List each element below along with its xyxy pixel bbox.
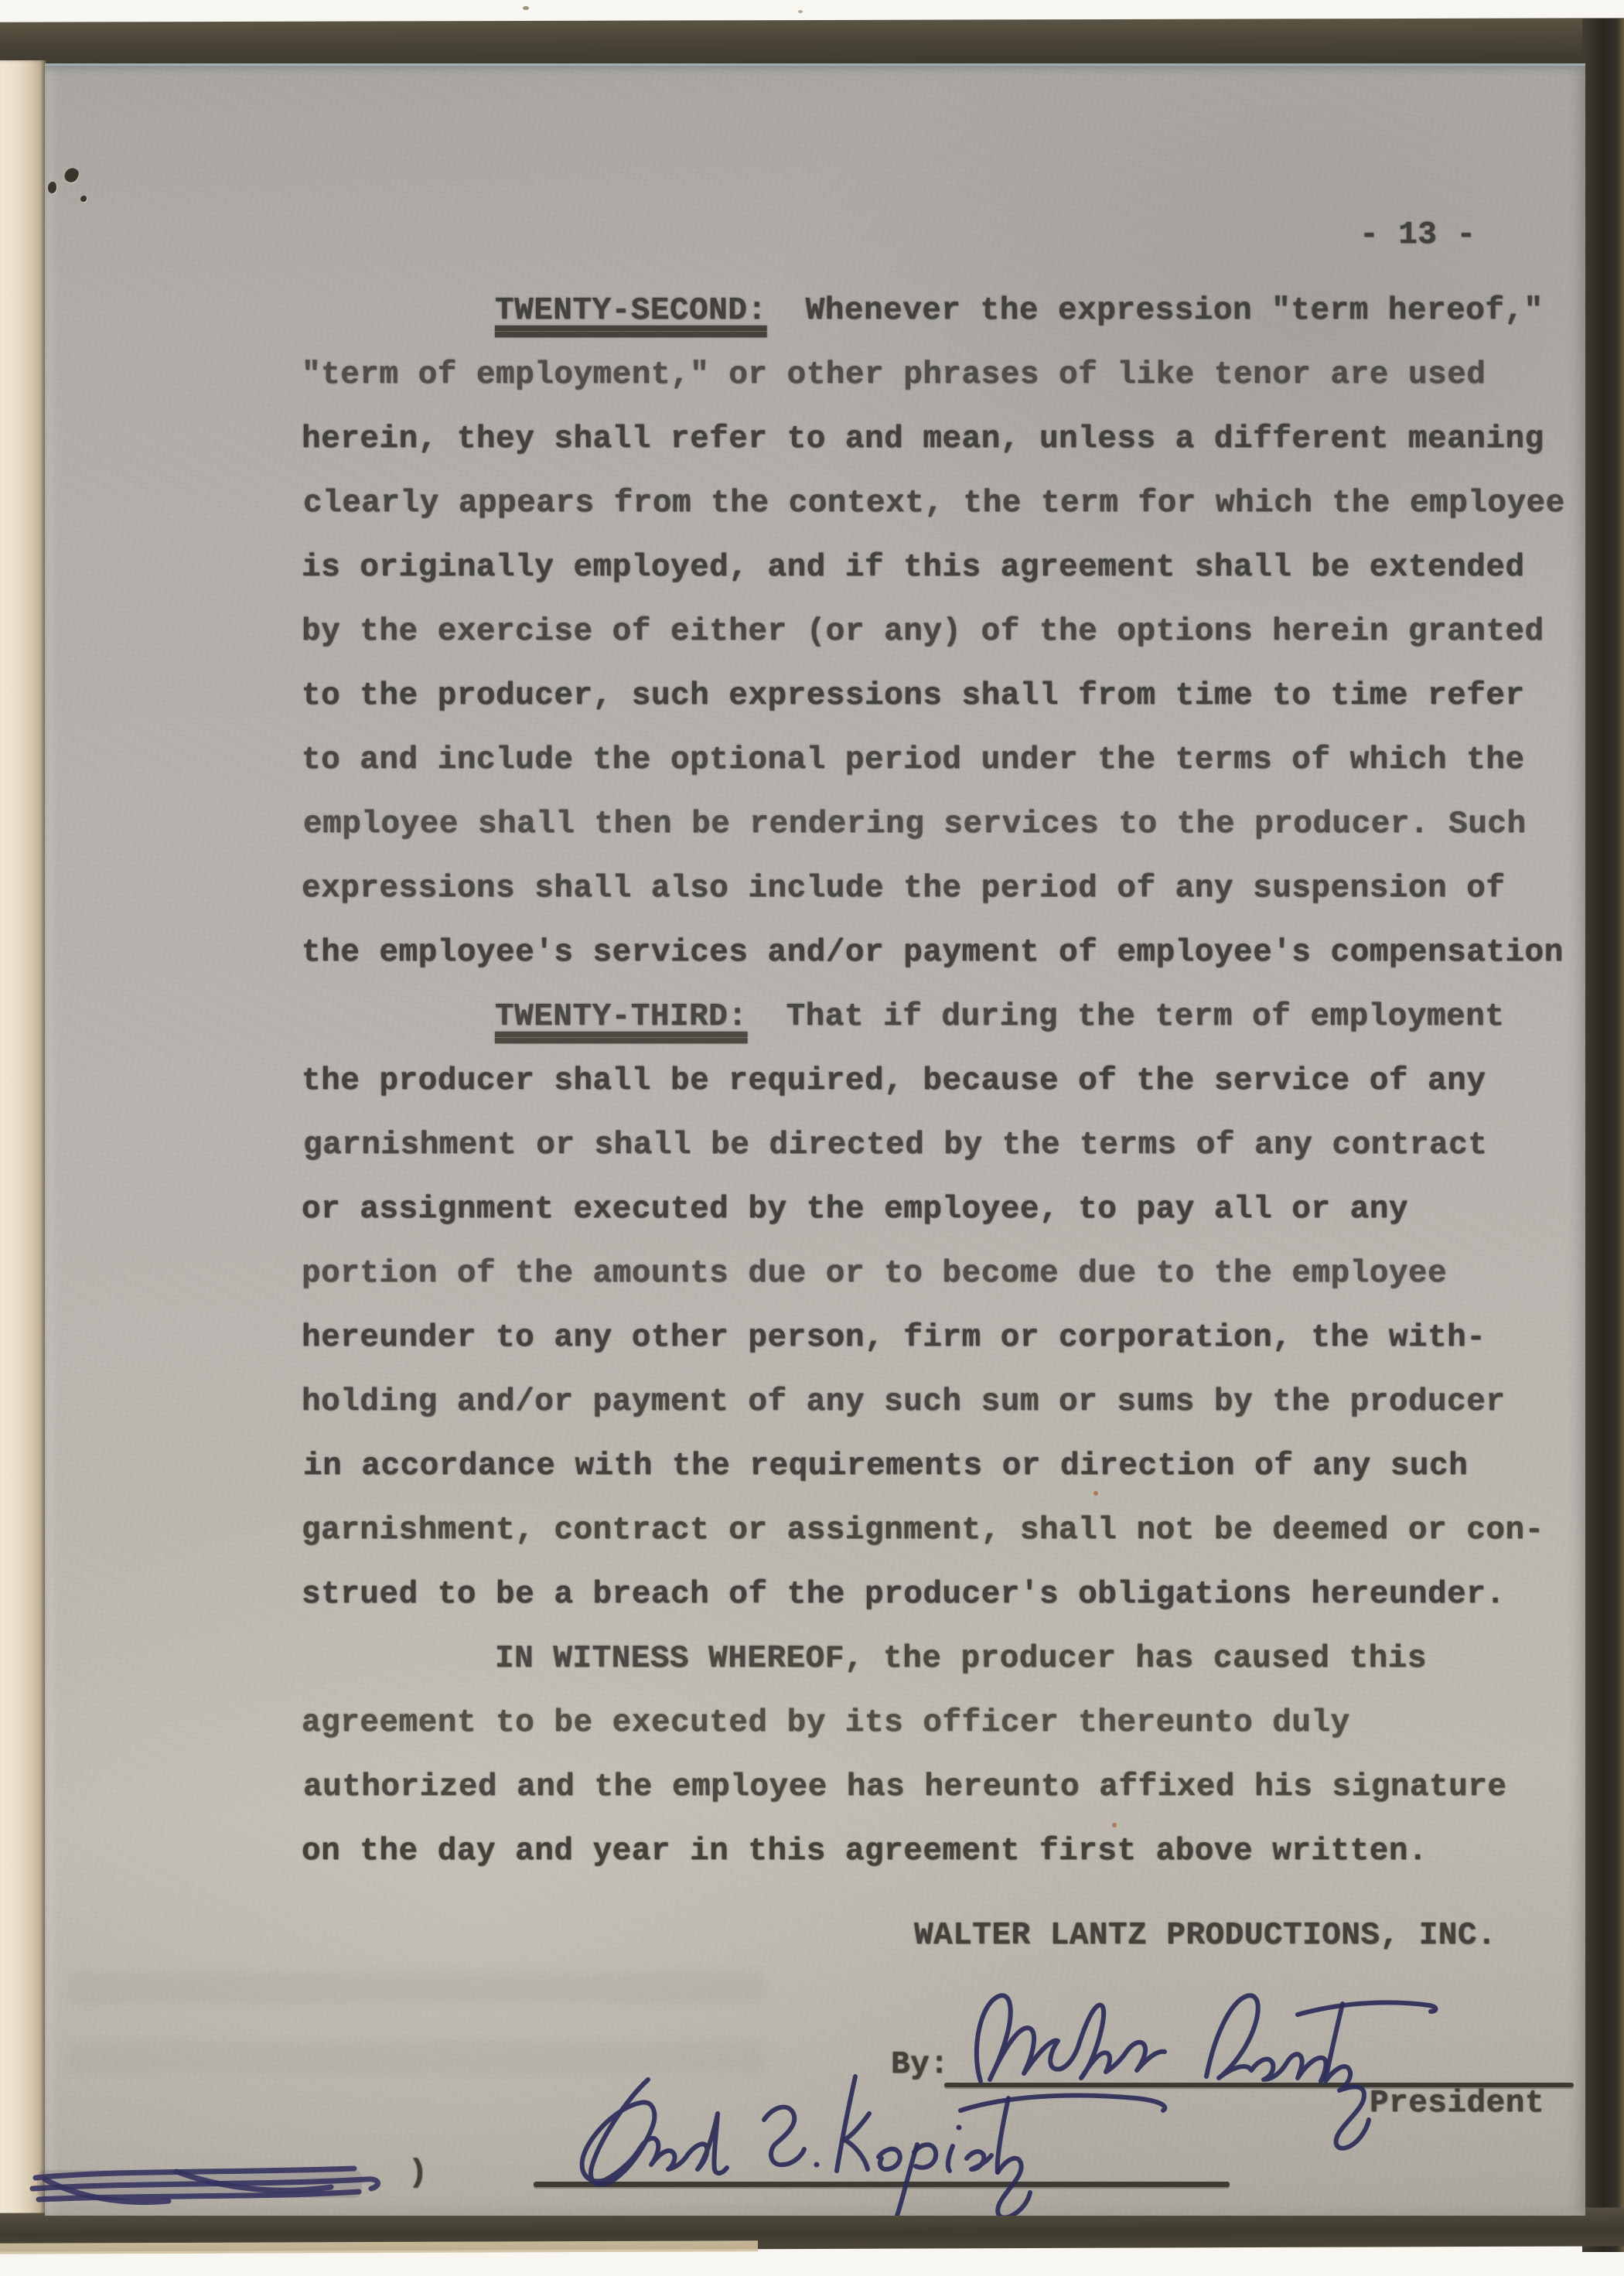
body-line: to and include the optional period under… bbox=[302, 729, 1585, 793]
line-text: strued to be a breach of the producer's … bbox=[302, 1577, 1505, 1612]
book-edge-right bbox=[1582, 19, 1624, 2252]
body-line: by the exercise of either (or any) of th… bbox=[302, 600, 1585, 664]
body-line: expressions shall also include the perio… bbox=[302, 857, 1585, 921]
line-text: garnishment, contract or assignment, sha… bbox=[302, 1513, 1544, 1548]
body-line: herein, they shall refer to and mean, un… bbox=[302, 408, 1585, 472]
line-text: agreement to be executed by its officer … bbox=[302, 1705, 1350, 1741]
body-line: authorized and the employee has hereunto… bbox=[303, 1756, 1585, 1820]
body-line: in accordance with the requirements or d… bbox=[303, 1435, 1585, 1499]
page-stack-edge-bottom bbox=[0, 2240, 758, 2254]
body-line: clearly appears from the context, the te… bbox=[303, 472, 1585, 536]
body-line: agreement to be executed by its officer … bbox=[302, 1691, 1585, 1756]
page-number: - 13 - bbox=[1360, 217, 1476, 253]
body-line: on the day and year in this agreement fi… bbox=[302, 1820, 1585, 1884]
body-line: the producer shall be required, because … bbox=[302, 1049, 1585, 1114]
line-text: IN WITNESS WHEREOF, the producer has cau… bbox=[495, 1641, 1427, 1677]
paper-hole bbox=[63, 165, 80, 184]
line-text: or assignment executed by the employee, … bbox=[302, 1192, 1408, 1227]
line-text: in accordance with the requirements or d… bbox=[303, 1449, 1468, 1484]
body-line: to the producer, such expressions shall … bbox=[302, 664, 1585, 729]
body-line: garnishment, contract or assignment, sha… bbox=[302, 1499, 1585, 1563]
body-line: is originally employed, and if this agre… bbox=[302, 536, 1585, 600]
line-text: Whenever the expression "term hereof," bbox=[766, 293, 1543, 329]
line-text: hereunder to any other person, firm or c… bbox=[302, 1320, 1486, 1356]
ink-scribble-strikethrough bbox=[22, 2148, 455, 2222]
line-text: by the exercise of either (or any) of th… bbox=[302, 614, 1544, 650]
body-line: holding and/or payment of any such sum o… bbox=[302, 1370, 1585, 1435]
paper-hole bbox=[48, 182, 56, 193]
clause-heading: TWENTY-THIRD: bbox=[495, 999, 747, 1035]
line-text: expressions shall also include the perio… bbox=[302, 871, 1505, 906]
book-edge-top bbox=[0, 18, 1624, 69]
line-text: authorized and the employee has hereunto… bbox=[303, 1769, 1506, 1805]
employee-signature bbox=[509, 2049, 1236, 2216]
body-line: hereunder to any other person, firm or c… bbox=[302, 1306, 1585, 1370]
body-line: or assignment executed by the employee, … bbox=[302, 1178, 1585, 1242]
body-line: "term of employment," or other phrases o… bbox=[302, 343, 1585, 408]
line-text: on the day and year in this agreement fi… bbox=[302, 1834, 1428, 1869]
line-text: portion of the amounts due or to become … bbox=[302, 1256, 1447, 1292]
page-stack-edge-left bbox=[0, 60, 46, 2247]
line-text: the employee's services and/or payment o… bbox=[302, 935, 1564, 971]
body-line: garnishment or shall be directed by the … bbox=[303, 1114, 1585, 1178]
line-text: holding and/or payment of any such sum o… bbox=[302, 1384, 1505, 1420]
line-text: the producer shall be required, because … bbox=[302, 1063, 1486, 1099]
line-text: to the producer, such expressions shall … bbox=[302, 678, 1525, 714]
body-text: TWENTY-SECOND: Whenever the expression "… bbox=[302, 279, 1585, 1884]
line-text: employee shall then be rendering service… bbox=[303, 807, 1527, 842]
line-text: "term of employment," or other phrases o… bbox=[302, 357, 1486, 393]
line-text: is originally employed, and if this agre… bbox=[302, 550, 1525, 585]
body-line: portion of the amounts due or to become … bbox=[302, 1242, 1585, 1306]
body-line: employee shall then be rendering service… bbox=[303, 793, 1585, 857]
photo-speck bbox=[798, 10, 803, 13]
line-text: garnishment or shall be directed by the … bbox=[303, 1128, 1487, 1163]
body-line: strued to be a breach of the producer's … bbox=[302, 1563, 1585, 1627]
photo-speck bbox=[523, 6, 529, 10]
body-line: IN WITNESS WHEREOF, the producer has cau… bbox=[302, 1627, 1585, 1691]
line-text: That if during the term of employment bbox=[747, 999, 1504, 1035]
paper-hole bbox=[80, 196, 87, 202]
photo-frame: - 13 - TWENTY-SECOND: Whenever the expre… bbox=[0, 0, 1624, 2276]
document-page: - 13 - TWENTY-SECOND: Whenever the expre… bbox=[45, 63, 1585, 2216]
line-text: herein, they shall refer to and mean, un… bbox=[302, 421, 1544, 457]
line-text: to and include the optional period under… bbox=[302, 742, 1525, 778]
body-line: TWENTY-SECOND: Whenever the expression "… bbox=[302, 279, 1585, 343]
line-text: clearly appears from the context, the te… bbox=[303, 486, 1565, 521]
body-line: the employee's services and/or payment o… bbox=[302, 921, 1585, 985]
clause-heading: TWENTY-SECOND: bbox=[495, 293, 766, 329]
body-line: TWENTY-THIRD: That if during the term of… bbox=[302, 985, 1585, 1049]
